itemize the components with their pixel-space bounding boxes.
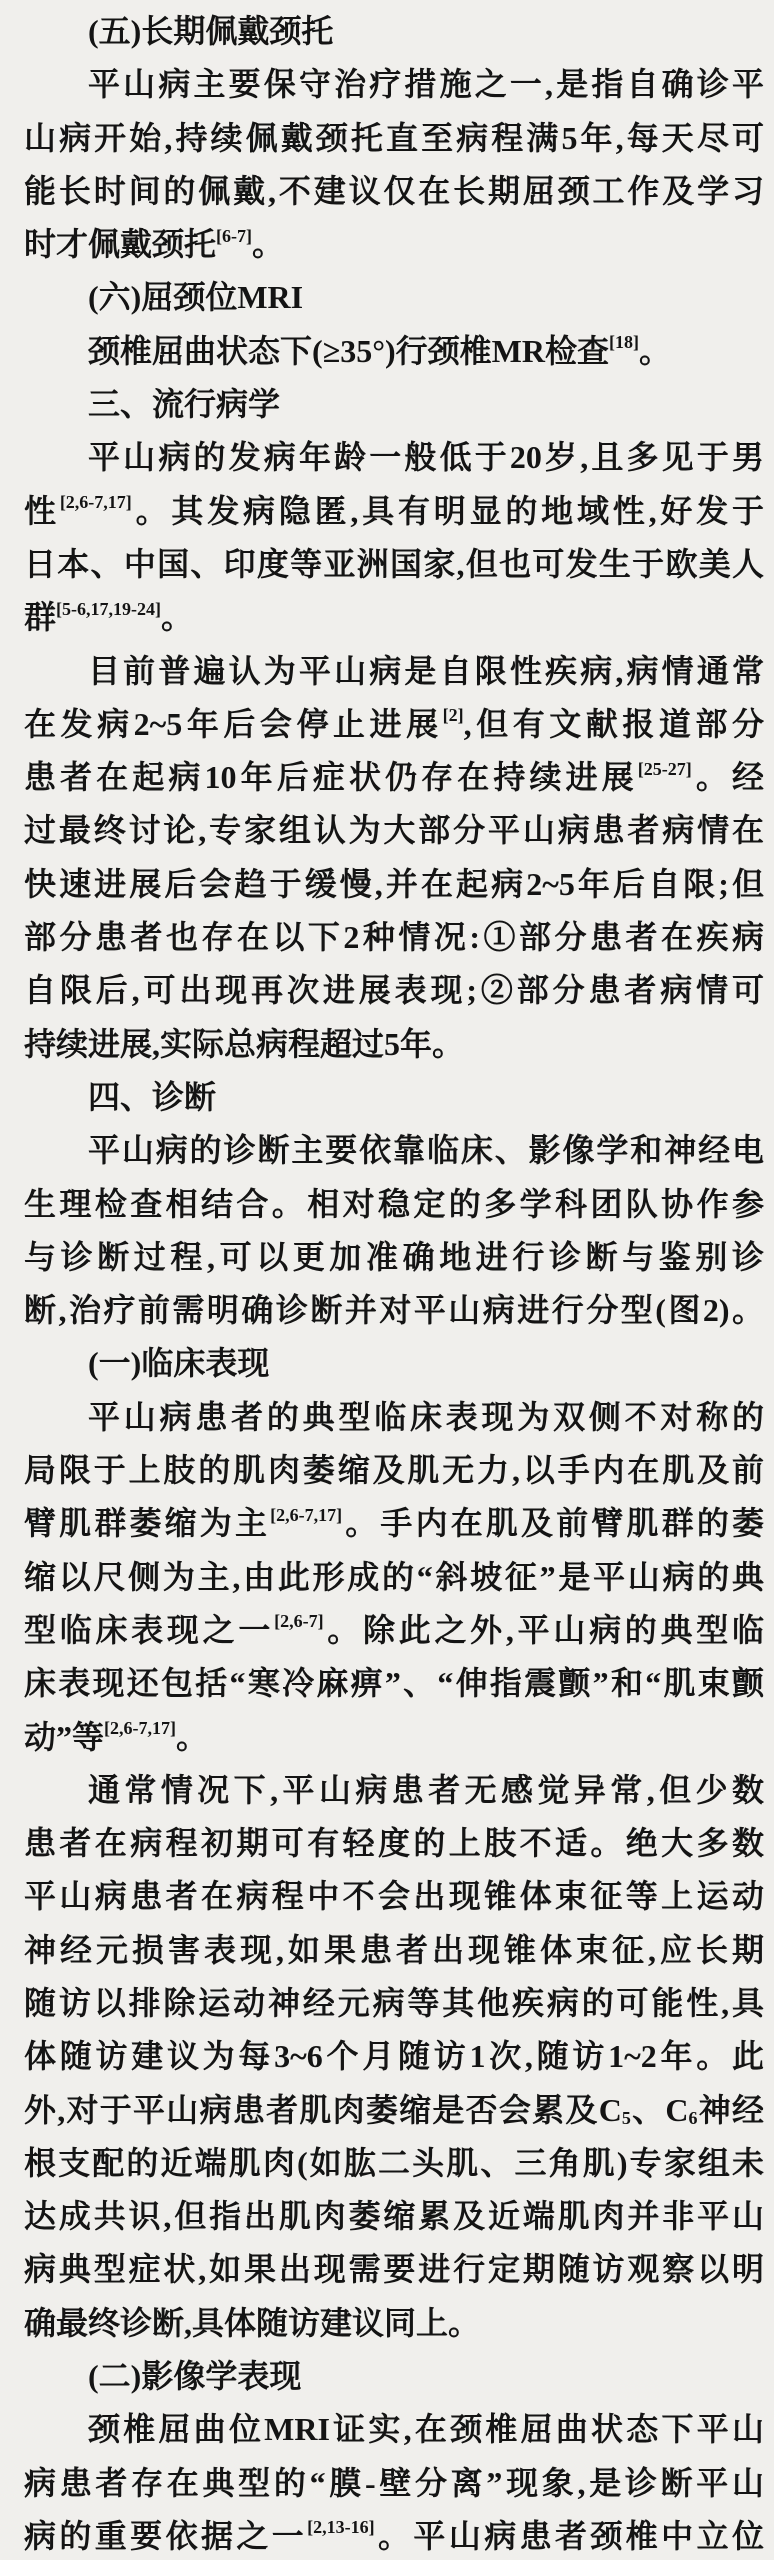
paragraph: 平山病的发病年龄一般低于20岁,且多见于男性[2,6-7,17]。其发病隐匿,具… — [24, 431, 764, 644]
text-run: (五)长期佩戴颈托 — [88, 13, 333, 49]
text-line: 随访以排除运动神经元病等其他疾病的可能性,具 — [24, 1977, 764, 2030]
text-run: 病的重要依据之一 — [24, 2518, 307, 2554]
text-line: 四、诊断 — [24, 1071, 764, 1124]
text-line: 型临床表现之一[2,6-7]。除此之外,平山病的典型临 — [24, 1604, 764, 1657]
text-run: 神经 — [697, 2092, 764, 2128]
reference-citation-superscript: [18] — [609, 332, 639, 352]
text-line: 时才佩戴颈托[6-7]。 — [24, 218, 764, 271]
text-line: 性[2,6-7,17]。其发病隐匿,具有明显的地域性,好发于 — [24, 485, 764, 538]
reference-citation-superscript: [2,13-16] — [307, 2517, 374, 2537]
text-line: 能长时间的佩戴,不建议仅在长期屈颈工作及学习 — [24, 165, 764, 218]
text-line: 臂肌群萎缩为主[2,6-7,17]。手内在肌及前臂肌群的萎 — [24, 1497, 764, 1550]
text-run: 平山病患者在病程中不会出现锥体束征等上运动 — [24, 1878, 764, 1914]
reference-citation-superscript: [25-27] — [638, 759, 692, 779]
text-line: (二)影像学表现 — [24, 2350, 764, 2403]
text-line: (一)临床表现 — [24, 1337, 764, 1390]
text-run: 患者在起病10年后症状仍存在持续进展 — [24, 759, 638, 795]
text-line: (六)屈颈位MRI — [24, 271, 764, 324]
text-run: 动”等 — [24, 1719, 104, 1755]
text-run: 患者在病程初期可有轻度的上肢不适。绝大多数 — [24, 1825, 764, 1861]
text-run: 达成共识,但指出肌肉萎缩累及近端肌肉并非平山 — [24, 2198, 764, 2234]
text-run: 三、流行病学 — [88, 386, 280, 422]
text-line: 病的重要依据之一[2,13-16]。平山病患者颈椎中立位 — [24, 2510, 764, 2560]
text-run: 缩以尺侧为主,由此形成的“斜坡征”是平山病的典 — [24, 1559, 764, 1595]
section-heading: (五)长期佩戴颈托 — [24, 5, 764, 58]
paragraph: 平山病的诊断主要依靠临床、影像学和神经电生理检查相结合。相对稳定的多学科团队协作… — [24, 1124, 764, 1337]
text-run: 生理检查相结合。相对稳定的多学科团队协作参 — [24, 1186, 764, 1222]
text-run: 。平山病患者颈椎中立位 — [375, 2518, 764, 2554]
paragraph: 颈椎屈曲状态下(≥35°)行颈椎MR检查[18]。 — [24, 325, 764, 378]
text-line: 群[5-6,17,19-24]。 — [24, 591, 764, 644]
text-run: (一)临床表现 — [88, 1345, 269, 1381]
text-run: 自限后,可出现再次进展表现;②部分患者病情可 — [24, 972, 764, 1008]
section-heading: 四、诊断 — [24, 1071, 764, 1124]
text-line: 与诊断过程,可以更加准确地进行诊断与鉴别诊 — [24, 1231, 764, 1284]
paragraph: 平山病患者的典型临床表现为双侧不对称的局限于上肢的肌肉萎缩及肌无力,以手内在肌及… — [24, 1391, 764, 1764]
text-run: 目前普遍认为平山病是自限性疾病,病情通常 — [88, 653, 764, 689]
text-line: 快速进展后会趋于缓慢,并在起病2~5年后自限;但 — [24, 858, 764, 911]
text-run: 病典型症状,如果出现需要进行定期随访观察以明 — [24, 2251, 764, 2287]
section-heading: (二)影像学表现 — [24, 2350, 764, 2403]
text-run: 山病开始,持续佩戴颈托直至病程满5年,每天尽可 — [24, 120, 764, 156]
paragraph: 颈椎屈曲位MRI证实,在颈椎屈曲状态下平山病患者存在典型的“膜-壁分离”现象,是… — [24, 2403, 764, 2560]
reference-citation-superscript: [2,6-7,17] — [60, 492, 132, 512]
text-line: 山病开始,持续佩戴颈托直至病程满5年,每天尽可 — [24, 112, 764, 165]
text-line: 神经元损害表现,如果患者出现锥体束征,应长期 — [24, 1924, 764, 1977]
text-line: 部分患者也存在以下2种情况:①部分患者在疾病 — [24, 911, 764, 964]
text-run: 臂肌群萎缩为主 — [24, 1505, 270, 1541]
text-run: 通常情况下,平山病患者无感觉异常,但少数 — [88, 1772, 764, 1808]
text-run: 体随访建议为每3~6个月随访1次,随访1~2年。此 — [24, 2038, 764, 2074]
text-run: 快速进展后会趋于缓慢,并在起病2~5年后自限;但 — [24, 866, 764, 902]
reference-citation-superscript: [2,6-7,17] — [270, 1505, 342, 1525]
scanned-document-page: (五)长期佩戴颈托平山病主要保守治疗措施之一,是指自确诊平山病开始,持续佩戴颈托… — [0, 0, 774, 2560]
section-heading: (一)临床表现 — [24, 1337, 764, 1390]
text-run: 根支配的近端肌肉(如肱二头肌、三角肌)专家组未 — [24, 2145, 764, 2181]
reference-citation-superscript: [2,6-7,17] — [104, 1718, 176, 1738]
text-run: 。经 — [692, 759, 764, 795]
text-run: 性 — [24, 493, 60, 529]
text-run: 时才佩戴颈托 — [24, 226, 216, 262]
text-run: 。 — [639, 333, 671, 369]
text-line: 患者在病程初期可有轻度的上肢不适。绝大多数 — [24, 1817, 764, 1870]
text-run: (六)屈颈位MRI — [88, 279, 303, 315]
text-run: 神经元损害表现,如果患者出现锥体束征,应长期 — [24, 1932, 764, 1968]
paragraph: 通常情况下,平山病患者无感觉异常,但少数患者在病程初期可有轻度的上肢不适。绝大多… — [24, 1764, 764, 2350]
text-run: 平山病的发病年龄一般低于20岁,且多见于男 — [88, 439, 764, 475]
text-line: 局限于上肢的肌肉萎缩及肌无力,以手内在肌及前 — [24, 1444, 764, 1497]
text-line: 外,对于平山病患者肌肉萎缩是否会累及C5、C6神经 — [24, 2084, 764, 2137]
text-run: 。除此之外,平山病的典型临 — [324, 1612, 764, 1648]
text-run: 部分患者也存在以下2种情况:①部分患者在疾病 — [24, 919, 764, 955]
text-run: 外,对于平山病患者肌肉萎缩是否会累及C — [24, 2092, 622, 2128]
text-line: 持续进展,实际总病程超过5年。 — [24, 1018, 764, 1071]
vertebral-level-subscript: 6 — [688, 2108, 697, 2128]
text-run: 局限于上肢的肌肉萎缩及肌无力,以手内在肌及前 — [24, 1452, 764, 1488]
text-run: 。 — [176, 1719, 208, 1755]
text-run: 断,治疗前需明确诊断并对平山病进行分型(图2)。 — [24, 1292, 764, 1328]
text-line: 过最终讨论,专家组认为大部分平山病患者病情在 — [24, 804, 764, 857]
text-line: 体随访建议为每3~6个月随访1次,随访1~2年。此 — [24, 2030, 764, 2083]
reference-citation-superscript: [2,6-7] — [274, 1611, 323, 1631]
text-line: 通常情况下,平山病患者无感觉异常,但少数 — [24, 1764, 764, 1817]
text-line: 平山病患者的典型临床表现为双侧不对称的 — [24, 1391, 764, 1444]
text-run: 。 — [161, 599, 193, 635]
text-run: 在发病2~5年后会停止进展 — [24, 706, 443, 742]
section-heading: 三、流行病学 — [24, 378, 764, 431]
text-run: ,但有文献报道部分 — [464, 706, 764, 742]
reference-citation-superscript: [2] — [443, 705, 464, 725]
text-line: 缩以尺侧为主,由此形成的“斜坡征”是平山病的典 — [24, 1551, 764, 1604]
text-run: 平山病主要保守治疗措施之一,是指自确诊平 — [88, 66, 764, 102]
text-run: 平山病患者的典型临床表现为双侧不对称的 — [88, 1399, 764, 1435]
text-run: 四、诊断 — [88, 1079, 216, 1115]
paragraph: 目前普遍认为平山病是自限性疾病,病情通常在发病2~5年后会停止进展[2],但有文… — [24, 645, 764, 1071]
text-run: 颈椎屈曲状态下(≥35°)行颈椎MR检查 — [88, 333, 609, 369]
text-run: 群 — [24, 599, 56, 635]
text-run: 过最终讨论,专家组认为大部分平山病患者病情在 — [24, 812, 764, 848]
text-run: (二)影像学表现 — [88, 2358, 301, 2394]
text-line: 断,治疗前需明确诊断并对平山病进行分型(图2)。 — [24, 1284, 764, 1337]
text-line: (五)长期佩戴颈托 — [24, 5, 764, 58]
text-run: 平山病的诊断主要依靠临床、影像学和神经电 — [88, 1132, 764, 1168]
text-run: 。其发病隐匿,具有明显的地域性,好发于 — [132, 493, 764, 529]
reference-citation-superscript: [5-6,17,19-24] — [56, 599, 161, 619]
text-line: 动”等[2,6-7,17]。 — [24, 1711, 764, 1764]
text-run: 。 — [252, 226, 284, 262]
text-line: 日本、中国、印度等亚洲国家,但也可发生于欧美人 — [24, 538, 764, 591]
section-heading: (六)屈颈位MRI — [24, 271, 764, 324]
text-line: 目前普遍认为平山病是自限性疾病,病情通常 — [24, 645, 764, 698]
text-run: 日本、中国、印度等亚洲国家,但也可发生于欧美人 — [24, 546, 764, 582]
text-line: 达成共识,但指出肌肉萎缩累及近端肌肉并非平山 — [24, 2190, 764, 2243]
text-line: 平山病主要保守治疗措施之一,是指自确诊平 — [24, 58, 764, 111]
text-line: 颈椎屈曲位MRI证实,在颈椎屈曲状态下平山 — [24, 2403, 764, 2456]
text-run: 、C — [631, 2092, 689, 2128]
text-run: 随访以排除运动神经元病等其他疾病的可能性,具 — [24, 1985, 764, 2021]
text-line: 三、流行病学 — [24, 378, 764, 431]
text-run: 持续进展,实际总病程超过5年。 — [24, 1026, 464, 1062]
text-run: 颈椎屈曲位MRI证实,在颈椎屈曲状态下平山 — [88, 2411, 764, 2447]
text-run: 与诊断过程,可以更加准确地进行诊断与鉴别诊 — [24, 1239, 764, 1275]
text-run: 型临床表现之一 — [24, 1612, 274, 1648]
text-line: 在发病2~5年后会停止进展[2],但有文献报道部分 — [24, 698, 764, 751]
text-run: 床表现还包括“寒冷麻痹”、“伸指震颤”和“肌束颤 — [24, 1665, 764, 1701]
text-line: 根支配的近端肌肉(如肱二头肌、三角肌)专家组未 — [24, 2137, 764, 2190]
text-line: 病典型症状,如果出现需要进行定期随访观察以明 — [24, 2243, 764, 2296]
text-run: 确最终诊断,具体随访建议同上。 — [24, 2305, 480, 2341]
text-line: 平山病的发病年龄一般低于20岁,且多见于男 — [24, 431, 764, 484]
text-line: 确最终诊断,具体随访建议同上。 — [24, 2297, 764, 2350]
text-line: 病患者存在典型的“膜-壁分离”现象,是诊断平山 — [24, 2457, 764, 2510]
text-line: 患者在起病10年后症状仍存在持续进展[25-27]。经 — [24, 751, 764, 804]
text-line: 平山病的诊断主要依靠临床、影像学和神经电 — [24, 1124, 764, 1177]
text-run: 病患者存在典型的“膜-壁分离”现象,是诊断平山 — [24, 2465, 764, 2501]
text-line: 生理检查相结合。相对稳定的多学科团队协作参 — [24, 1178, 764, 1231]
text-line: 床表现还包括“寒冷麻痹”、“伸指震颤”和“肌束颤 — [24, 1657, 764, 1710]
text-line: 平山病患者在病程中不会出现锥体束征等上运动 — [24, 1870, 764, 1923]
vertebral-level-subscript: 5 — [622, 2108, 631, 2128]
text-run: 。手内在肌及前臂肌群的萎 — [342, 1505, 764, 1541]
text-run: 能长时间的佩戴,不建议仅在长期屈颈工作及学习 — [24, 173, 764, 209]
text-line: 颈椎屈曲状态下(≥35°)行颈椎MR检查[18]。 — [24, 325, 764, 378]
paragraph: 平山病主要保守治疗措施之一,是指自确诊平山病开始,持续佩戴颈托直至病程满5年,每… — [24, 58, 764, 271]
text-line: 自限后,可出现再次进展表现;②部分患者病情可 — [24, 964, 764, 1017]
reference-citation-superscript: [6-7] — [216, 226, 252, 246]
